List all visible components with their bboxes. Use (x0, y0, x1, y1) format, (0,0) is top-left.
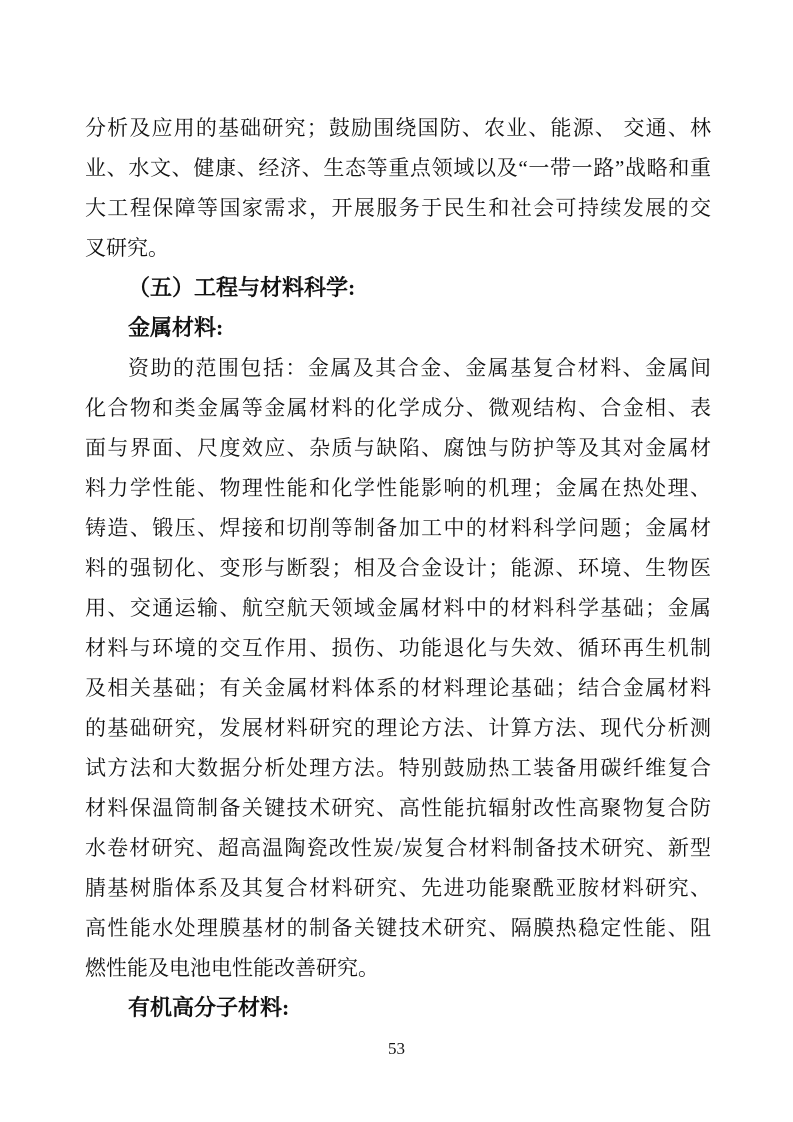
document-page: 分析及应用的基础研究；鼓励围绕国防、农业、能源、 交通、林 业、水文、健康、经济… (0, 0, 793, 1122)
paragraph-line: 面与界面、尺度效应、杂质与缺陷、腐蚀与防护等及其对金属材 (85, 428, 711, 468)
paragraph-line: 料力学性能、物理性能和化学性能影响的机理；金属在热处理、 (85, 468, 711, 508)
paragraph-line: 用、交通运输、航空航天领域金属材料中的材料科学基础；金属 (85, 588, 711, 628)
paragraph-line: 分析及应用的基础研究；鼓励围绕国防、农业、能源、 交通、林 (85, 108, 711, 148)
paragraph-line: 高性能水处理膜基材的制备关键技术研究、隔膜热稳定性能、阻 (85, 908, 711, 948)
section-heading-engineering-materials: （五）工程与材料科学: (85, 268, 711, 308)
page-body-text: 分析及应用的基础研究；鼓励围绕国防、农业、能源、 交通、林 业、水文、健康、经济… (85, 108, 711, 1028)
paragraph-line: 及相关基础；有关金属材料体系的材料理论基础；结合金属材料 (85, 668, 711, 708)
paragraph-line: 资助的范围包括：金属及其合金、金属基复合材料、金属间 (85, 348, 711, 388)
paragraph-line: 腈基树脂体系及其复合材料研究、先进功能聚酰亚胺材料研究、 (85, 868, 711, 908)
paragraph-line: 叉研究。 (85, 228, 711, 268)
paragraph-line: 业、水文、健康、经济、生态等重点领域以及“一带一路”战略和重 (85, 148, 711, 188)
paragraph-line: 的基础研究，发展材料研究的理论方法、计算方法、现代分析测 (85, 708, 711, 748)
subsection-heading-organic-polymer-materials: 有机高分子材料: (85, 988, 711, 1028)
paragraph-line: 燃性能及电池电性能改善研究。 (85, 948, 711, 988)
subsection-heading-metal-materials: 金属材料: (85, 308, 711, 348)
paragraph-line: 大工程保障等国家需求，开展服务于民生和社会可持续发展的交 (85, 188, 711, 228)
paragraph-line: 化合物和类金属等金属材料的化学成分、微观结构、合金相、表 (85, 388, 711, 428)
paragraph-line: 水卷材研究、超高温陶瓷改性炭/炭复合材料制备技术研究、新型 (85, 828, 711, 868)
paragraph-line: 料的强韧化、变形与断裂；相及合金设计；能源、环境、生物医 (85, 548, 711, 588)
paragraph-line: 材料保温筒制备关键技术研究、高性能抗辐射改性高聚物复合防 (85, 788, 711, 828)
page-number: 53 (0, 1038, 793, 1060)
paragraph-line: 铸造、锻压、焊接和切削等制备加工中的材料科学问题；金属材 (85, 508, 711, 548)
paragraph-line: 试方法和大数据分析处理方法。特别鼓励热工装备用碳纤维复合 (85, 748, 711, 788)
paragraph-line: 材料与环境的交互作用、损伤、功能退化与失效、循环再生机制 (85, 628, 711, 668)
